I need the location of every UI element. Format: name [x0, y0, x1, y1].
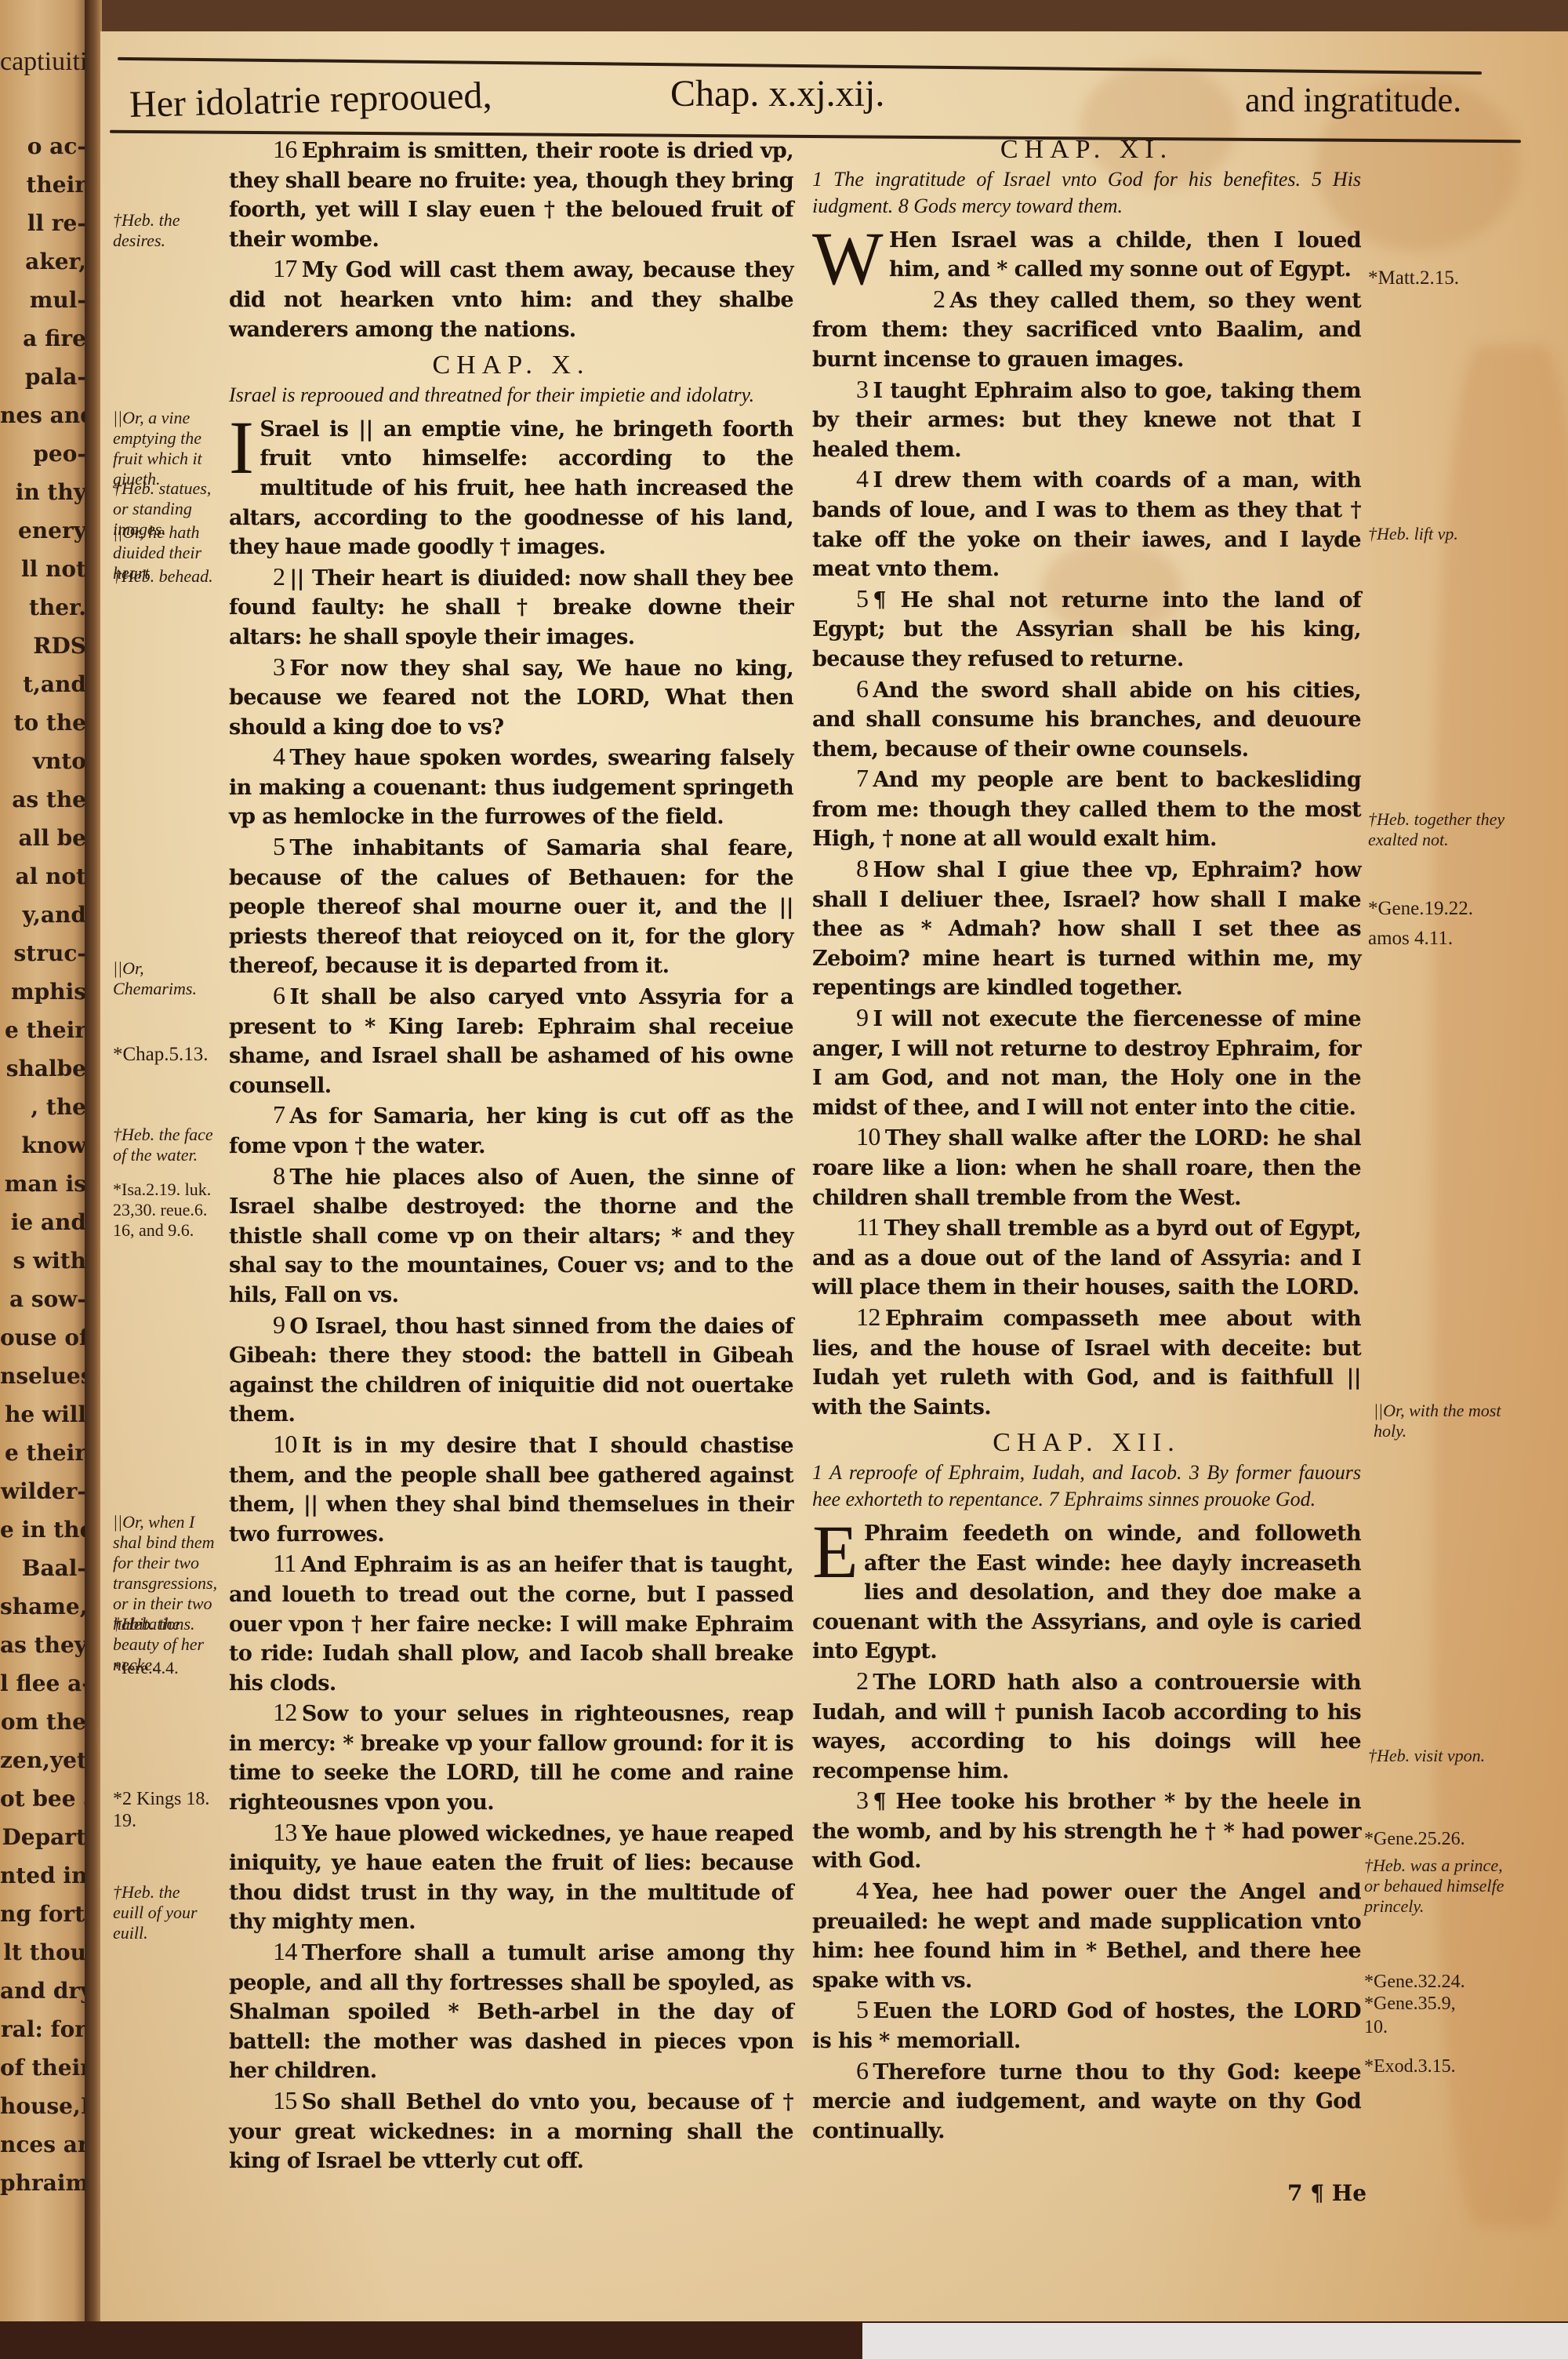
facing-page-fragment: wilder- — [0, 1478, 86, 1505]
margin-note: †Heb. together they exalted not. — [1368, 809, 1517, 850]
facing-page-fragment: e their — [0, 1440, 86, 1467]
facing-page-fragment: , the — [0, 1094, 86, 1121]
margin-note: †Heb. visit vpon. — [1368, 1746, 1533, 1766]
facing-page-fragment: as they — [0, 1632, 86, 1659]
chapter-heading-x: CHAP. X. — [229, 351, 793, 380]
facing-page-fragment: t,and — [0, 671, 86, 698]
catchword: 7 ¶ He — [1287, 2180, 1367, 2206]
margin-note: *Gene.35.9, 10. — [1364, 1992, 1482, 2039]
facing-page-fragment: y,and — [0, 902, 86, 929]
margin-note: *Isa.2.19. luk. 23,30. reue.6. 16, and 9… — [113, 1179, 223, 1241]
facing-page-fragment: ll re- — [0, 210, 86, 237]
facing-page-fragment: ot bee a — [0, 1786, 86, 1812]
facing-page-fragment: ie and — [0, 1209, 86, 1236]
facing-page-fragment: enery — [0, 518, 86, 544]
facing-page-fragment: ther. — [0, 594, 86, 621]
margin-note: †Heb. was a prince, or behaued himselfe … — [1364, 1856, 1505, 1917]
facing-page-fragment: nces are — [0, 2132, 86, 2158]
page-bottom-edge — [0, 2321, 1568, 2359]
running-head-right: and ingratitude. — [1245, 80, 1461, 120]
chapter-xii-argument: 1 A reproofe of Ephraim, Iudah, and Iaco… — [812, 1459, 1361, 1513]
right-text-column: CHAP. XI. 1 The ingratitude of Israel vn… — [812, 135, 1361, 2146]
facing-page-fragment: aker, — [0, 249, 86, 275]
facing-page-fragment: l flee a- — [0, 1670, 86, 1697]
facing-page-fragment: ral: for — [0, 2016, 86, 2043]
facing-page-fragment: mphis — [0, 979, 86, 1005]
facing-page-fragment: their — [0, 172, 86, 198]
verse-15: 15So shall Bethel do vnto you, because o… — [229, 2086, 793, 2176]
facing-page-fragment: lt thou — [0, 1939, 86, 1966]
verse-xii-3: 3¶ Hee tooke his brother * by the heele … — [812, 1786, 1361, 1876]
running-head-center: Chap. x.xj.xij. — [670, 72, 884, 115]
book-gutter — [85, 0, 102, 2359]
facing-page-fragment: ll not — [0, 556, 86, 583]
facing-page-fragment: ng forth — [0, 1901, 86, 1928]
chapter-xi-opening: WHen Israel was a childe, then I loued h… — [812, 226, 1361, 285]
verse-xi-7: 7And my people are bent to backesliding … — [812, 764, 1361, 854]
margin-note: ||Or, with the most holy. — [1374, 1401, 1507, 1441]
facing-page-fragment: s with — [0, 1248, 86, 1274]
facing-page-fragment: house,I — [0, 2093, 86, 2120]
facing-page-fragment: shame, — [0, 1594, 86, 1620]
dropcap: I — [229, 418, 253, 478]
margin-note: ||Or, a vine emptying the fruit which it… — [113, 408, 223, 489]
chapter-heading-xi: CHAP. XI. — [812, 135, 1361, 165]
facing-running-head: captiuitie — [0, 47, 93, 77]
facing-page-fragment: phraim — [0, 2170, 86, 2197]
chapter-heading-xii: CHAP. XII. — [812, 1428, 1361, 1458]
chapter-xii-opening: EPhraim feedeth on winde, and followeth … — [812, 1519, 1361, 1667]
verse-17: 17My God will cast them away, because th… — [229, 254, 793, 344]
facing-page-fragment: om the — [0, 1709, 86, 1736]
facing-page-fragment: he will — [0, 1401, 86, 1428]
verse-9: 9O Israel, thou hast sinned from the dai… — [229, 1310, 793, 1430]
facing-page-fragment: to the — [0, 710, 86, 736]
verse-10: 10It is in my desire that I should chast… — [229, 1430, 793, 1549]
facing-page-fragment: of their — [0, 2055, 86, 2081]
margin-note: ||Or, Chemarims. — [113, 958, 215, 999]
left-text-column: 16Ephraim is smitten, their roote is dri… — [229, 135, 793, 2176]
verse-xi-8: 8How shal I giue thee vp, Ephraim? how s… — [812, 854, 1361, 1003]
verse-2: 2|| Their heart is diuided: now shall th… — [229, 562, 793, 652]
facing-page-fragment: nselues — [0, 1363, 86, 1390]
margin-note: *Gene.19.22. amos 4.11. — [1368, 894, 1501, 954]
verse-xi-10: 10They shall walke after the LORD: he sh… — [812, 1122, 1361, 1212]
chapter-xi-argument: 1 The ingratitude of Israel vnto God for… — [812, 166, 1361, 220]
facing-page-fragment: nes and — [0, 402, 86, 429]
margin-note: *Exod.3.15. — [1364, 2055, 1521, 2078]
verse-xi-11: 11They shall tremble as a byrd out of Eg… — [812, 1212, 1361, 1303]
margin-note: *Chap.5.13. — [113, 1043, 223, 1067]
margin-note: †Heb. behead. — [113, 566, 223, 587]
facing-page-fragment: Baal- — [0, 1555, 86, 1582]
facing-page-fragment: RDS — [0, 633, 86, 660]
verse-xi-5: 5¶ He shal not returne into the land of … — [812, 584, 1361, 674]
facing-page-fragment: e their — [0, 1017, 86, 1044]
facing-page-fragment: shalbe — [0, 1056, 86, 1082]
verse-xi-9: 9I will not execute the fiercenesse of m… — [812, 1003, 1361, 1122]
verse-8: 8The hie places also of Auen, the sinne … — [229, 1161, 793, 1310]
verse-16: 16Ephraim is smitten, their roote is dri… — [229, 135, 793, 254]
margin-note: †Heb. the face of the water. — [113, 1125, 215, 1165]
facing-page-fragment: know — [0, 1132, 86, 1159]
verse-xii-5: 5Euen the LORD God of hostes, the LORD i… — [812, 1995, 1361, 2055]
margin-note: †Heb. lift vp. — [1368, 524, 1525, 544]
facing-page-fragment: o ac- — [0, 133, 86, 160]
verse-5: 5The inhabitants of Samaria shal feare, … — [229, 832, 793, 981]
facing-page-fragment: and dry — [0, 1978, 86, 2005]
facing-page-fragment: struc- — [0, 940, 86, 967]
margin-note: *Iere.4.4. — [113, 1656, 223, 1680]
facing-page-fragment: as the — [0, 787, 86, 813]
margin-note: *Gene.25.26. — [1364, 1827, 1529, 1851]
facing-page-fragment: vnto — [0, 748, 86, 775]
facing-page-fragment: in thy — [0, 479, 86, 506]
facing-page-fragment: e in the — [0, 1517, 86, 1543]
verse-4: 4They haue spoken wordes, swearing false… — [229, 742, 793, 832]
verse-xii-4: 4Yea, hee had power ouer the Angel and p… — [812, 1876, 1361, 1995]
facing-page-fragment: man is — [0, 1171, 86, 1198]
dropcap: W — [812, 229, 883, 289]
facing-page-fragment: a sow- — [0, 1286, 86, 1313]
margin-note: *Matt.2.15. — [1368, 267, 1525, 290]
margin-note: *2 Kings 18. 19. — [113, 1788, 215, 1832]
facing-page-fragment: al not — [0, 863, 86, 890]
facing-page-fragment: nted in — [0, 1863, 86, 1889]
facing-page-fragment: all be — [0, 825, 86, 852]
margin-note: †Heb. the desires. — [113, 210, 207, 251]
verse-xi-2: 2As they called them, so they went from … — [812, 285, 1361, 375]
chapter-x-argument: Israel is reprooued and threatned for th… — [229, 382, 793, 409]
margin-note: *Gene.32.24. — [1364, 1970, 1521, 1994]
facing-page-fragment: pala- — [0, 364, 86, 391]
facing-page-fragment: peo- — [0, 441, 86, 467]
verse-13: 13Ye haue plowed wickednes, ye haue reap… — [229, 1818, 793, 1937]
verse-14: 14Therfore shall a tumult arise among th… — [229, 1937, 793, 2086]
verse-xii-2: 2The LORD hath also a controuersie with … — [812, 1667, 1361, 1786]
verse-6: 6It shall be also caryed vnto Assyria fo… — [229, 981, 793, 1100]
verse-xi-3: 3I taught Ephraim also to goe, taking th… — [812, 375, 1361, 465]
chapter-x-opening: ISrael is || an emptie vine, he bringeth… — [229, 415, 793, 562]
facing-page-fragment: ouse of — [0, 1325, 86, 1351]
facing-page-edge: captiuitie o ac-theirll re-aker,mul-a fi… — [0, 0, 93, 2359]
verse-11: 11And Ephraim is as an heifer that is ta… — [229, 1549, 793, 1698]
margin-note: †Heb. the euill of your euill. — [113, 1882, 215, 1943]
verse-xi-12: 12Ephraim compasseth mee about with lies… — [812, 1303, 1361, 1422]
verse-7: 7As for Samaria, her king is cut off as … — [229, 1100, 793, 1161]
facing-page-fragment: Depart — [0, 1824, 86, 1851]
facing-page-fragment: a fire — [0, 325, 86, 352]
verse-xi-4: 4I drew them with coards of a man, with … — [812, 464, 1361, 583]
dropcap: E — [812, 1522, 858, 1582]
verse-3: 3For now they shal say, We haue no king,… — [229, 652, 793, 743]
verse-xii-6: 6Therefore turne thou to thy God: keepe … — [812, 2056, 1361, 2146]
facing-page-fragment: mul- — [0, 287, 86, 314]
verse-xi-6: 6And the sword shall abide on his cities… — [812, 674, 1361, 765]
verse-12: 12Sow to your selues in righteousnes, re… — [229, 1698, 793, 1817]
facing-page-fragment: zen,yet — [0, 1747, 86, 1774]
